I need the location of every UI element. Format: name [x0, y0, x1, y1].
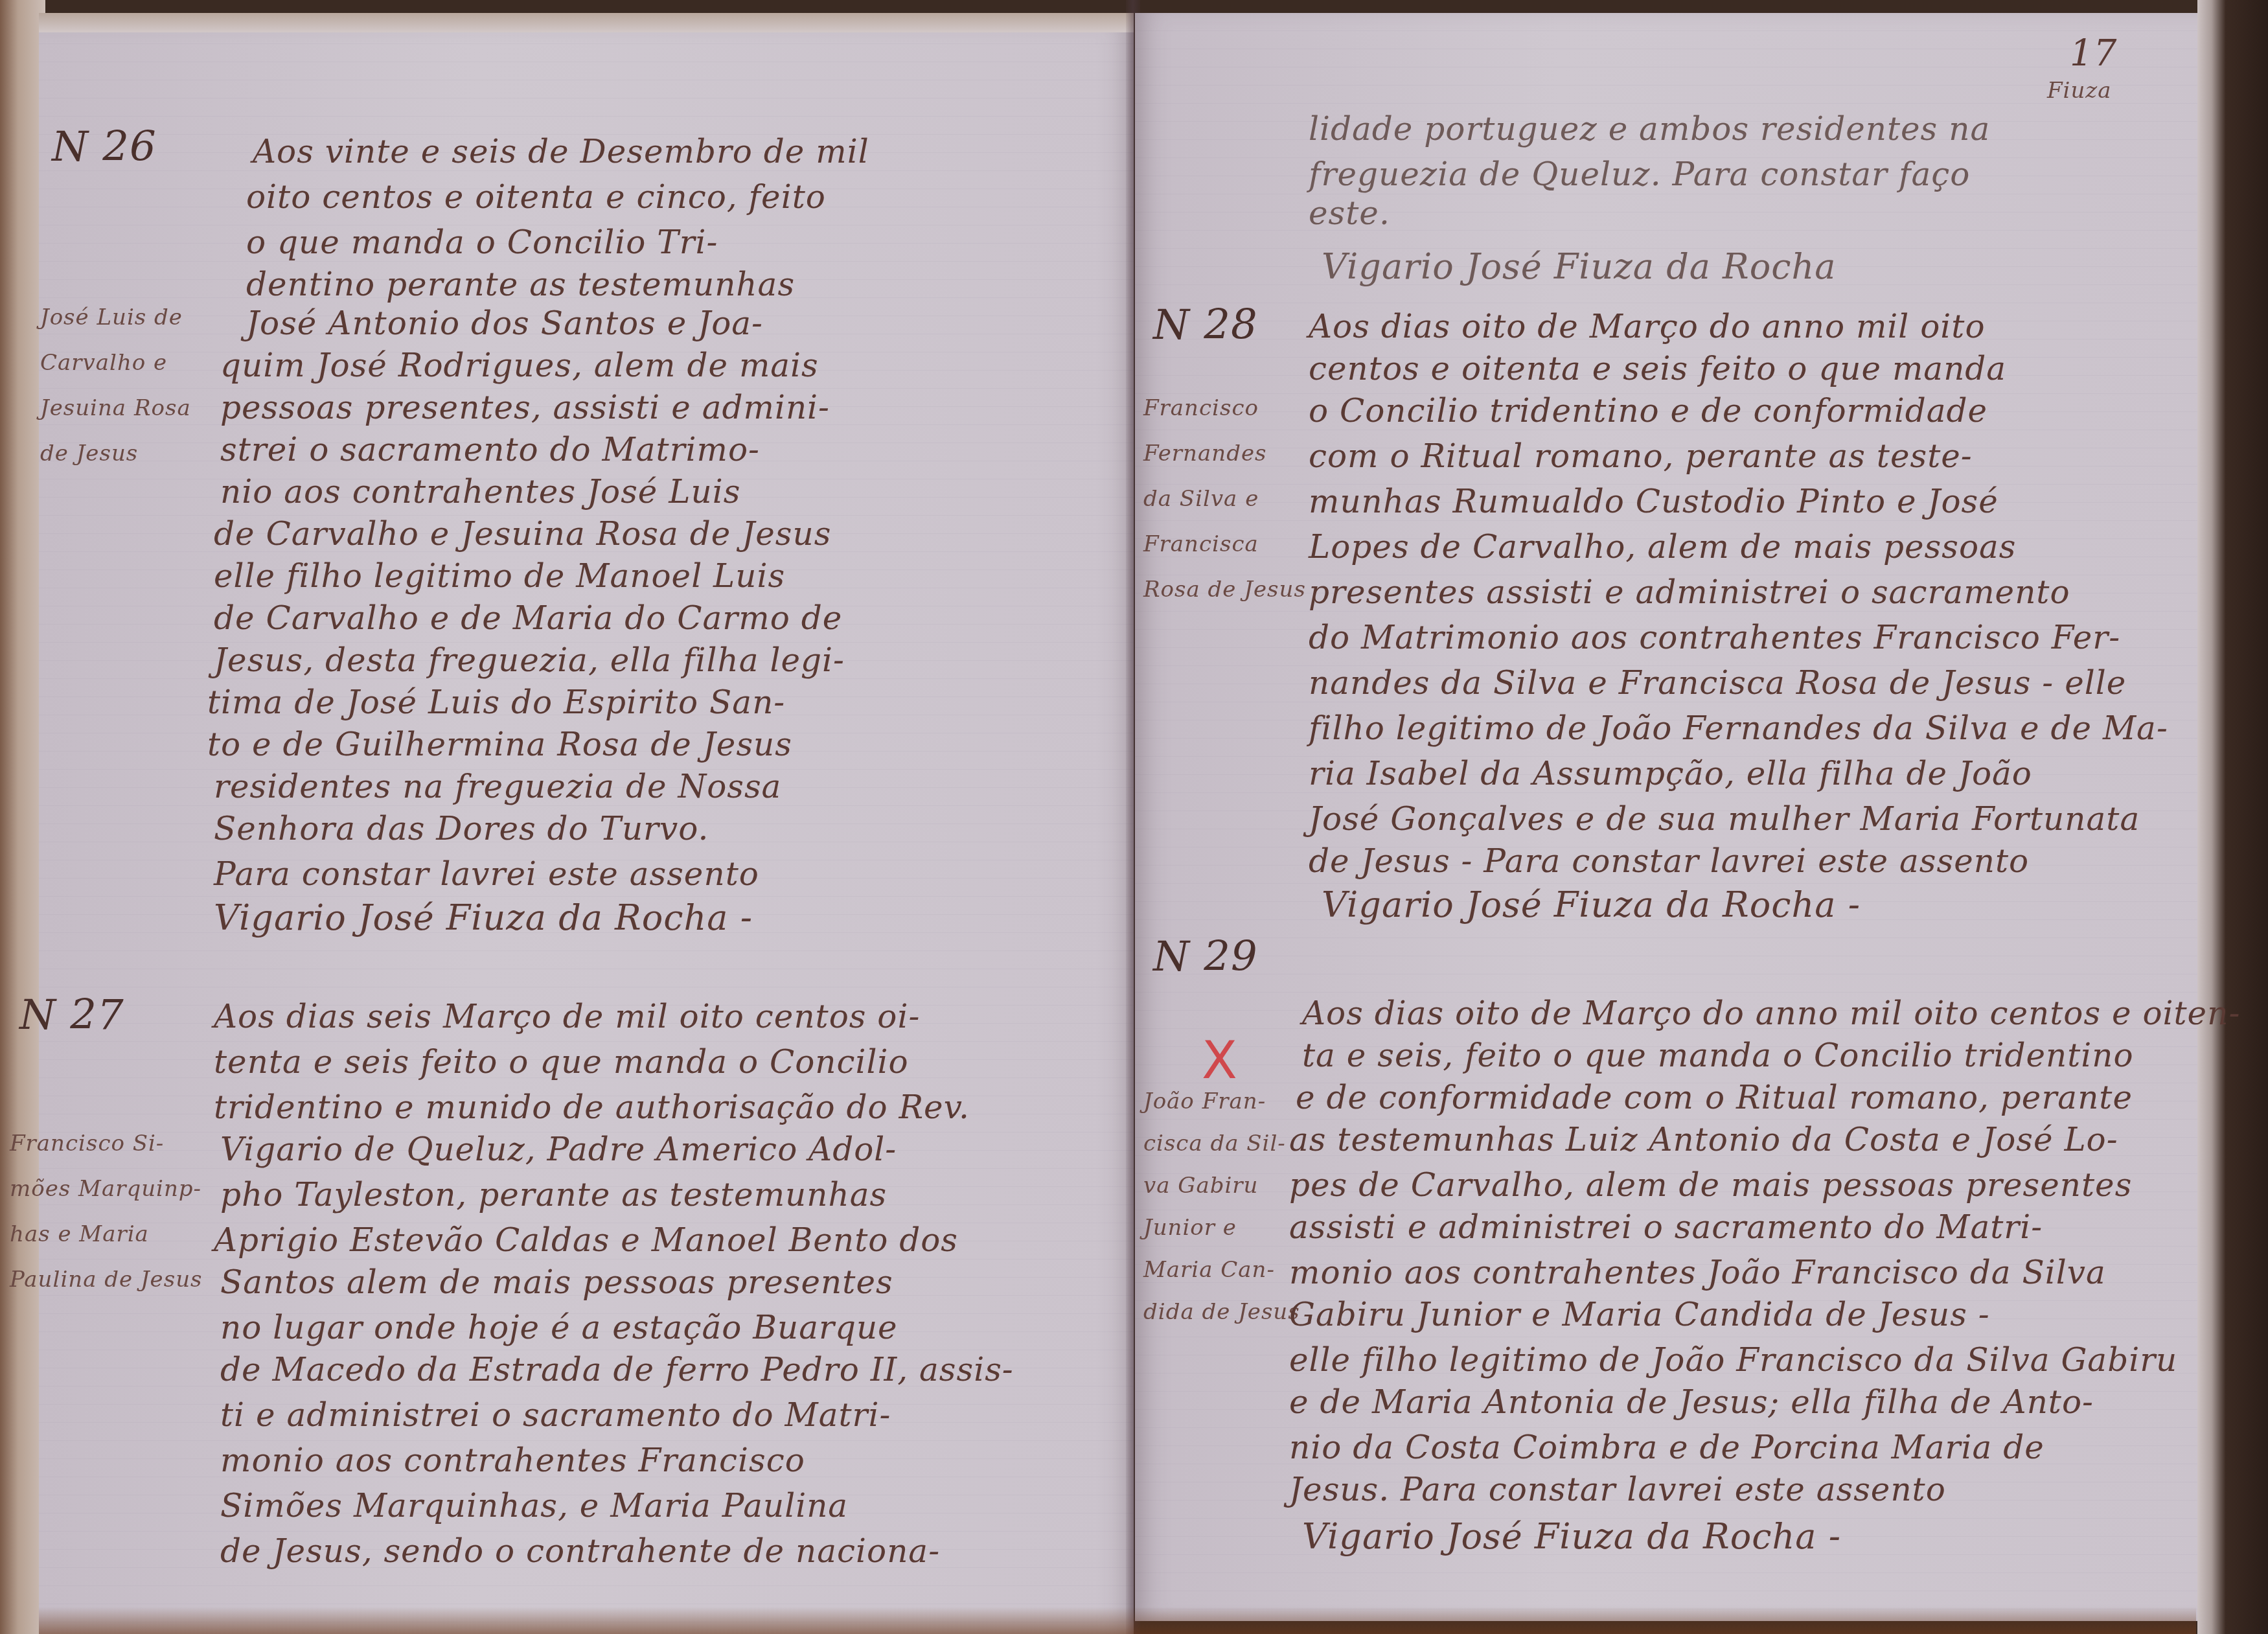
text-line: e de Maria Antonia de Jesus; ella filha …: [1289, 1383, 2094, 1421]
text-line: pes de Carvalho, alem de mais pessoas pr…: [1289, 1166, 2132, 1204]
text-line: Aos dias oito de Março do anno mil oito …: [1302, 995, 2240, 1032]
text-line: do Matrimonio aos contrahentes Francisco…: [1309, 619, 2120, 656]
margin-note: Rosa de Jesus: [1143, 577, 1306, 603]
text-line: filho legitimo de João Fernandes da Silv…: [1309, 709, 2168, 747]
text-line: no lugar onde hoje é a estação Buarque: [220, 1309, 898, 1346]
text-line: monio aos contrahentes João Francisco da…: [1289, 1254, 2106, 1291]
text-line: o Concilio tridentino e de conformidade: [1309, 392, 1987, 430]
entry-number: N 28: [1153, 301, 1258, 349]
margin-note: mões Marquinp-: [10, 1176, 201, 1202]
vicar-signature: Vigario José Fiuza da Rocha: [1322, 246, 1836, 287]
text-line: lidade portuguez e ambos residentes na: [1309, 110, 1990, 148]
text-line: Jesus, desta freguezia, ella filha legi-: [214, 641, 845, 679]
text-line: dentino perante as testemunhas: [246, 266, 795, 303]
entry-number: N 29: [1153, 933, 1258, 981]
text-line: presentes assisti e administrei o sacram…: [1309, 573, 2070, 611]
margin-note: da Silva e: [1143, 486, 1259, 512]
text-line: to e de Guilhermina Rosa de Jesus: [207, 726, 792, 763]
margin-note: Paulina de Jesus: [10, 1267, 202, 1293]
margin-note: Francisca: [1143, 531, 1259, 557]
text-line: Para constar lavrei este assento: [214, 855, 759, 893]
margin-note: Fernandes: [1143, 441, 1267, 466]
text-line: as testemunhas Luiz Antonio da Costa e J…: [1289, 1121, 2118, 1158]
red-x-mark: X: [1202, 1030, 1237, 1090]
text-line: Simões Marquinhas, e Maria Paulina: [220, 1487, 848, 1525]
margin-note: de Jesus: [40, 441, 138, 466]
text-line: de Macedo da Estrada de ferro Pedro II, …: [220, 1351, 1014, 1388]
text-line: centos e oitenta e seis feito o que mand…: [1309, 350, 2006, 387]
text-line: monio aos contrahentes Francisco: [220, 1442, 805, 1479]
text-line: Aos dias seis Março de mil oito centos o…: [214, 998, 920, 1035]
margin-note: va Gabiru: [1143, 1173, 1259, 1199]
open-register-book: N 26 José Luis de Carvalho e Jesuina Ros…: [0, 0, 2268, 1634]
text-line: o que manda o Concilio Tri-: [246, 224, 718, 261]
text-line: de Carvalho e de Maria do Carmo de: [214, 599, 842, 637]
margin-note: Junior e: [1143, 1215, 1237, 1241]
text-line: assisti e administrei o sacramento do Ma…: [1289, 1208, 2043, 1246]
margin-note: Maria Can-: [1143, 1257, 1275, 1283]
text-line: e de conformidade com o Ritual romano, p…: [1296, 1079, 2133, 1116]
text-line: pessoas presentes, assisti e admini-: [220, 389, 830, 426]
margin-note: dida de Jesus: [1143, 1299, 1300, 1325]
text-line: ti e administrei o sacramento do Matri-: [220, 1396, 891, 1434]
entry-number: N 26: [52, 123, 157, 171]
text-line: Aprigio Estevão Caldas e Manoel Bento do…: [214, 1221, 958, 1259]
text-line: de Jesus - Para constar lavrei este asse…: [1309, 842, 2029, 880]
text-line: quim José Rodrigues, alem de mais: [220, 347, 819, 384]
text-line: tima de José Luis do Espirito San-: [207, 684, 785, 721]
text-line: munhas Rumualdo Custodio Pinto e José: [1309, 483, 1999, 520]
text-line: ria Isabel da Assumpção, ella filha de J…: [1309, 755, 2032, 792]
margin-note: Jesuina Rosa: [40, 395, 191, 421]
text-line: elle filho legitimo de João Francisco da…: [1289, 1341, 2177, 1379]
text-line: tridentino e munido de authorisação do R…: [214, 1088, 970, 1126]
vicar-signature: Vigario José Fiuza da Rocha -: [1322, 884, 1861, 925]
text-line: Gabiru Junior e Maria Candida de Jesus -: [1289, 1296, 1990, 1333]
text-line: com o Ritual romano, perante as teste-: [1309, 437, 1973, 475]
text-line: nandes da Silva e Francisca Rosa de Jesu…: [1309, 664, 2126, 702]
page-header-note: Fiuza: [2047, 78, 2112, 104]
margin-note: Francisco Si-: [10, 1131, 164, 1156]
text-line: de Carvalho e Jesuina Rosa de Jesus: [214, 515, 831, 553]
margin-note: Carvalho e: [40, 350, 167, 376]
margin-note: has e Maria: [10, 1221, 149, 1247]
margin-note: João Fran-: [1143, 1088, 1266, 1114]
entry-number: N 27: [19, 991, 124, 1039]
vicar-signature: Vigario José Fiuza da Rocha -: [214, 897, 753, 938]
text-line: Lopes de Carvalho, alem de mais pessoas: [1309, 528, 2017, 566]
text-line: Senhora das Dores do Turvo.: [214, 810, 709, 847]
text-line: este.: [1309, 194, 1390, 232]
page-number: 17: [2070, 32, 2117, 75]
text-line: Jesus. Para constar lavrei este assento: [1289, 1471, 1946, 1508]
text-line: ta e seis, feito o que manda o Concilio …: [1302, 1037, 2134, 1074]
book-right-edge: [2197, 0, 2268, 1634]
text-line: elle filho legitimo de Manoel Luis: [214, 557, 785, 595]
text-line: strei o sacramento do Matrimo-: [220, 431, 760, 468]
text-line: freguezia de Queluz. Para constar faço: [1309, 155, 1970, 193]
text-line: José Gonçalves e de sua mulher Maria For…: [1309, 800, 2140, 838]
margin-note: José Luis de: [40, 305, 183, 330]
margin-note: cisca da Sil-: [1143, 1131, 1286, 1156]
text-line: tenta e seis feito o que manda o Concili…: [214, 1043, 909, 1081]
text-line: Aos vinte e seis de Desembro de mil: [253, 133, 869, 170]
vicar-signature: Vigario José Fiuza da Rocha -: [1302, 1516, 1841, 1557]
text-line: nio aos contrahentes José Luis: [220, 473, 740, 511]
text-line: de Jesus, sendo o contrahente de naciona…: [220, 1532, 940, 1570]
text-line: José Antonio dos Santos e Joa-: [246, 305, 763, 342]
margin-note: Francisco: [1143, 395, 1259, 421]
text-line: oito centos e oitenta e cinco, feito: [246, 178, 826, 216]
text-line: Aos dias oito de Março do anno mil oito: [1309, 308, 1986, 345]
text-line: Vigario de Queluz, Padre Americo Adol-: [220, 1131, 897, 1168]
text-line: pho Tayleston, perante as testemunhas: [220, 1176, 887, 1214]
text-line: nio da Costa Coimbra e de Porcina Maria …: [1289, 1429, 2045, 1466]
page-bottom-stain: [39, 1607, 2196, 1634]
text-line: Santos alem de mais pessoas presentes: [220, 1263, 893, 1301]
text-line: residentes na freguezia de Nossa: [214, 768, 781, 805]
left-page-top-edge: [39, 13, 1134, 32]
